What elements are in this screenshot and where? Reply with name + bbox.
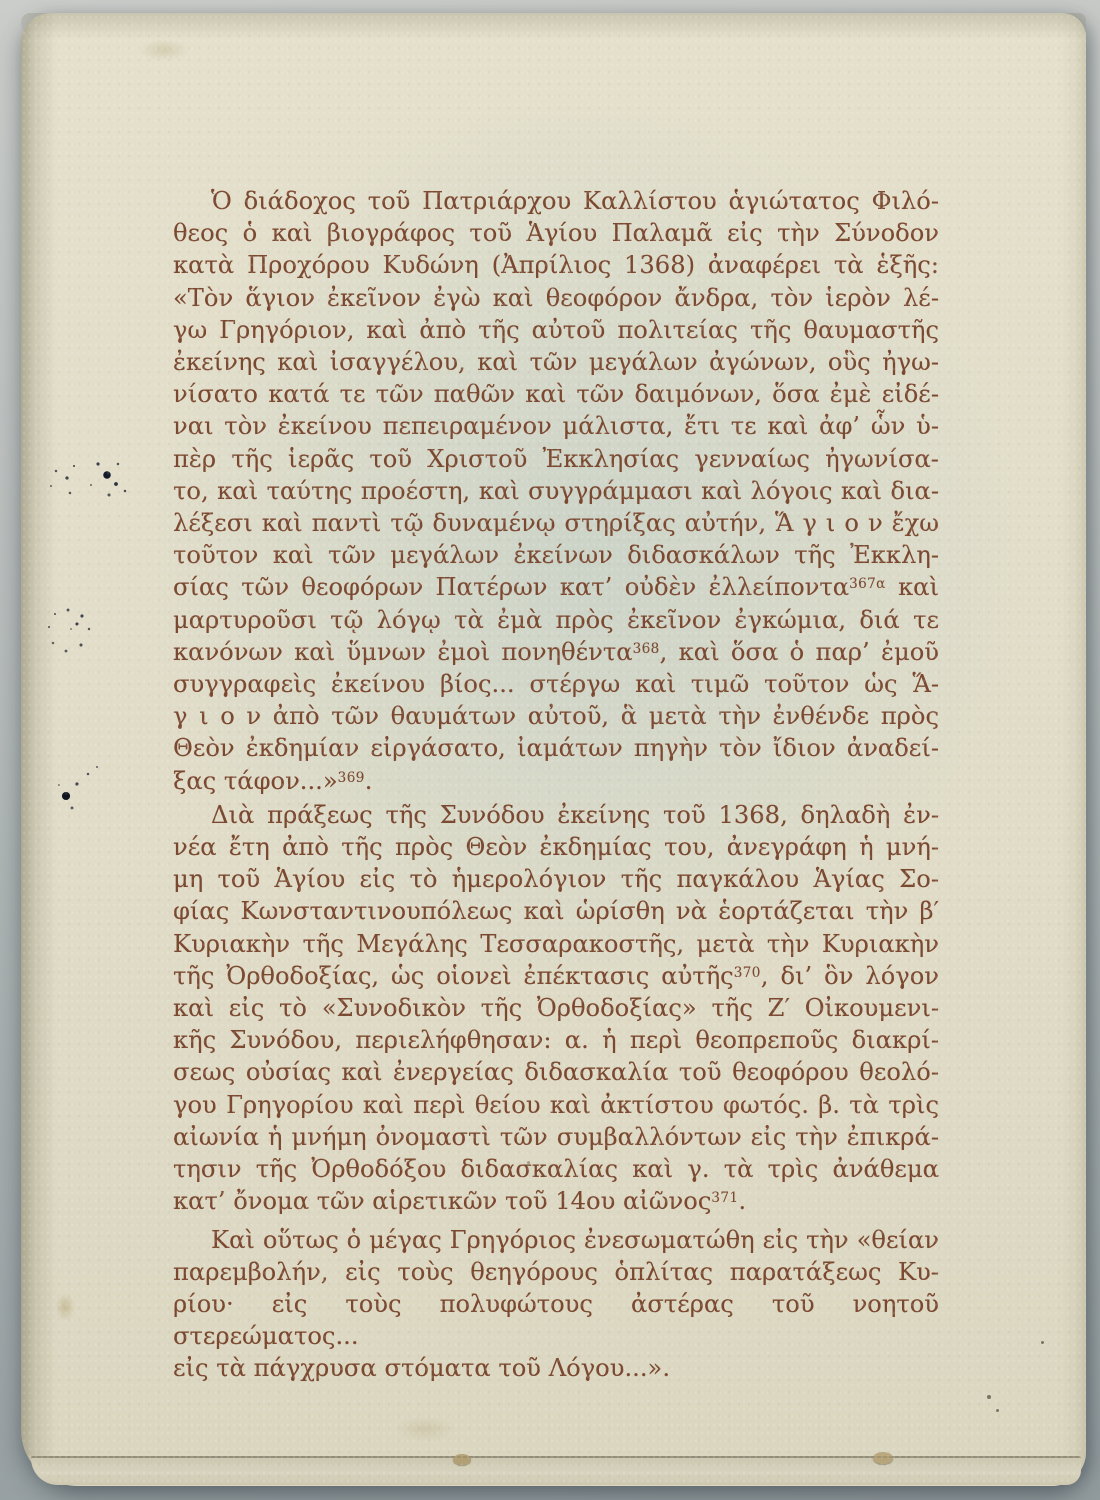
text-line: φίας Κωνσταντινουπόλεως καὶ ὡρίσθη νὰ ἑο…: [173, 895, 939, 927]
text-line: «Τὸν ἅγιον ἐκεῖνον ἐγὼ καὶ θεοφόρον ἄνδρ…: [173, 282, 939, 314]
paragraph: Ὁ διάδοχος τοῦ Πατριάρχου Καλλίστου ἁγιώ…: [173, 185, 939, 797]
text-line: συγγραφεὶς ἐκείνου βίος... στέργω καὶ τι…: [173, 668, 939, 700]
text-line: θεος ὁ καὶ βιογράφος τοῦ Ἁγίου Παλαμᾶ εἰ…: [173, 217, 939, 249]
text-line: τησιν τῆς Ὀρθοδόξου διδασκαλίας καὶ γ. τ…: [173, 1153, 939, 1185]
dark-speck: [1041, 1341, 1044, 1344]
paper-stain: [139, 39, 189, 61]
text-line: μαρτυροῦσι τῷ λόγῳ τὰ ἐμὰ πρὸς ἐκεῖνον ἐ…: [173, 604, 939, 636]
text-line: γω Γρηγόριον, καὶ ἀπὸ τῆς αὐτοῦ πολιτεία…: [173, 314, 939, 346]
footnote-marker: 367α: [849, 576, 886, 592]
text-line: νέα ἔτη ἀπὸ τῆς πρὸς Θεὸν ἐκδημίας του, …: [173, 831, 939, 863]
text-line: σεως οὐσίας καὶ ἐνεργείας διδασκαλία τοῦ…: [173, 1056, 939, 1088]
text-line: σίας τῶν θεοφόρων Πατέρων κατ’ οὐδὲν ἐλλ…: [173, 571, 939, 603]
footnote-marker: 368: [633, 641, 660, 657]
footnote-marker: 370: [734, 965, 761, 981]
text-line: μη τοῦ Ἁγίου εἰς τὸ ἡμερολόγιον τῆς παγκ…: [173, 863, 939, 895]
ink-stain-middle: [41, 599, 99, 663]
edge-chip: [453, 1454, 471, 1465]
dark-speck: [996, 1409, 999, 1412]
text-line: τῆς Ὀρθοδοξίας, ὡς οἱονεὶ ἐπέκτασις αὐτῆ…: [173, 960, 939, 992]
text-line: κῆς Συνόδου, περιελήφθησαν: α. ἡ περὶ θε…: [173, 1024, 939, 1056]
paragraph: Διὰ πράξεως τῆς Συνόδου ἐκείνης τοῦ 1368…: [173, 799, 939, 1218]
text-line: κανόνων καὶ ὕμνων ἐμοὶ πονηθέντα368, καὶ…: [173, 636, 939, 668]
text-line: Διὰ πράξεως τῆς Συνόδου ἐκείνης τοῦ 1368…: [173, 799, 939, 831]
bottom-page-edge: [31, 1456, 1081, 1485]
book-cover-page: Ὁ διάδοχος τοῦ Πατριάρχου Καλλίστου ἁγιώ…: [21, 13, 1086, 1486]
text-line: ξας τάφον...»369.: [173, 765, 939, 797]
text-line: κατὰ Προχόρου Κυδώνη (Ἀπρίλιος 1368) ἀνα…: [173, 249, 939, 281]
text-line: γου Γρηγορίου καὶ περὶ θείου καὶ ἀκτίστο…: [173, 1089, 939, 1121]
text-block: Ὁ διάδοχος τοῦ Πατριάρχου Καλλίστου ἁγιώ…: [173, 185, 939, 1385]
text-line: Καὶ οὕτως ὁ μέγας Γρηγόριος ἐνεσωματώθη …: [173, 1224, 939, 1256]
text-line: Ὁ διάδοχος τοῦ Πατριάρχου Καλλίστου ἁγιώ…: [173, 185, 939, 217]
page-top-shading: [21, 13, 1086, 39]
text-line: κατ’ ὄνομα τῶν αἱρετικῶν τοῦ 14ου αἰῶνος…: [173, 1185, 939, 1217]
ink-stain-bottom: [51, 755, 105, 813]
paper-stain: [393, 1416, 457, 1442]
edge-chip: [873, 1452, 893, 1464]
paper-stain: [55, 1293, 75, 1321]
dark-speck: [987, 1395, 991, 1399]
text-line: αἰωνία ἡ μνήμη ὀνομαστὶ τῶν συμβαλλόντων…: [173, 1121, 939, 1153]
text-line: λέξεσι καὶ παντὶ τῷ δυναμένῳ στηρίξας αὐ…: [173, 507, 939, 539]
text-line: ναι τὸν ἐκείνου πεπειραμένον μάλιστα, ἔτ…: [173, 410, 939, 442]
text-line: Κυριακὴν τῆς Μεγάλης Τεσσαρακοστῆς, μετὰ…: [173, 928, 939, 960]
text-line: καὶ εἰς τὸ «Συνοδικὸν τῆς Ὀρθοδοξίας» τῆ…: [173, 992, 939, 1024]
text-line: τοῦτον καὶ τῶν μεγάλων ἐκείνων διδασκάλω…: [173, 539, 939, 571]
footnote-marker: 371: [711, 1190, 738, 1206]
text-line: εἰς τὰ πάγχρυσα στόματα τοῦ Λόγου...».: [173, 1352, 939, 1384]
text-line: Θεὸν ἐκδημίαν εἰργάσατο, ἰαμάτων πηγὴν τ…: [173, 732, 939, 764]
text-line: πὲρ τῆς ἱερᾶς τοῦ Χριστοῦ Ἐκκλησίας γενν…: [173, 443, 939, 475]
text-line: ἐκείνης καὶ ἰσαγγέλου, καὶ τῶν μεγάλων ἀ…: [173, 346, 939, 378]
ink-stain-top: [43, 451, 129, 511]
text-line: νίσατο κατά τε τῶν παθῶν καὶ τῶν δαιμόνω…: [173, 378, 939, 410]
text-line: το, καὶ ταύτης προέστη, καὶ συγγράμμασι …: [173, 475, 939, 507]
footnote-marker: 369: [338, 770, 365, 786]
text-line: ρίου· εἰς τοὺς πολυφώτους ἀστέρας τοῦ νο…: [173, 1288, 939, 1352]
text-line: γ ι ο ν ἀπὸ τῶν θαυμάτων αὐτοῦ, ἃ μετὰ τ…: [173, 700, 939, 732]
text-line: παρεμβολήν, εἰς τοὺς θεηγόρους ὁπλίτας π…: [173, 1256, 939, 1288]
paragraph: Καὶ οὕτως ὁ μέγας Γρηγόριος ἐνεσωματώθη …: [173, 1224, 939, 1385]
